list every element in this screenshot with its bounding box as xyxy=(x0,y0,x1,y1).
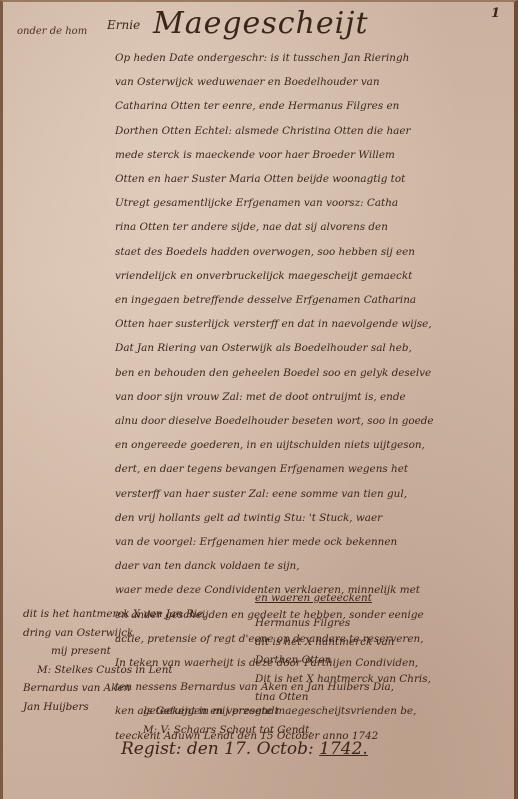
body-line: staet des Boedels hadden overwogen, soo … xyxy=(115,240,515,264)
signatures-right: Hermanus Filgres dit is het X hantmerck … xyxy=(255,614,515,707)
signature-line: dit is het X hantmerck van xyxy=(255,633,515,652)
signature-line: M: Stelkes Custos in Lent xyxy=(23,661,263,680)
signatures-left: dit is het hantmerck X van Jan Rie, drin… xyxy=(23,605,263,716)
body-line: Utregt gesamentlijcke Erfgenamen van voo… xyxy=(115,191,515,215)
body-line: Dorthen Otten Echtel: alsmede Christina … xyxy=(115,119,515,143)
footer-line: geteekent in mij presendt xyxy=(115,702,313,721)
registry-note: Regist: den 17. Octob: 1742. xyxy=(121,739,368,759)
document-title: Maegescheijt xyxy=(153,6,369,41)
body-line: alnu door dieselve Boedelhouder beseten … xyxy=(115,409,515,433)
manuscript-page: onder de hom 1 Ernie Maegescheijt Op hed… xyxy=(0,0,518,799)
signature-line: dit is het hantmerck X van Jan Rie, xyxy=(23,605,263,624)
body-line: en ongereede goederen, in en uijtschulde… xyxy=(115,433,515,457)
margin-note: onder de hom xyxy=(17,26,87,37)
body-line: van de voorgel: Erfgenamen hier mede ock… xyxy=(115,530,515,554)
body-line: Dat Jan Riering van Osterwijk als Boedel… xyxy=(115,336,515,360)
signature-line: Dit is het X hantmerck van Chris, xyxy=(255,670,515,689)
registry-label: Regist: den 17. Octob: xyxy=(121,739,314,759)
page-number: 1 xyxy=(491,6,500,21)
footer-line: M: V: Schaars Schout tot Gendt, xyxy=(115,721,313,740)
body-line: Catharina Otten ter eenre, ende Hermanus… xyxy=(115,94,515,118)
body-line: van door sijn vrouw Zal: met de doot ont… xyxy=(115,385,515,409)
body-line: en ingegaen betreffende desselve Erfgena… xyxy=(115,288,515,312)
title-prefix: Ernie xyxy=(107,18,140,32)
registry-year: 1742. xyxy=(319,739,368,759)
signature-line: mij present xyxy=(23,642,263,661)
body-line: versterff van haer suster Zal: eene somm… xyxy=(115,482,515,506)
body-line: vriendelijck en onverbruckelijck maegesc… xyxy=(115,264,515,288)
signature-line: Dorthen Otten xyxy=(255,651,515,670)
signature-line: Bernardus van Aken xyxy=(23,679,263,698)
body-line: rina Otten ter andere sijde, nae dat sij… xyxy=(115,215,515,239)
body-line: Otten haer susterlijck versterff en dat … xyxy=(115,312,515,336)
body-line: den vrij hollants gelt ad twintig Stu: '… xyxy=(115,506,515,530)
signature-line: dring van Osterwijck xyxy=(23,624,263,643)
body-line: van Osterwijck weduwenaer en Boedelhoude… xyxy=(115,70,515,94)
body-line: mede sterck is maeckende voor haer Broed… xyxy=(115,143,515,167)
body-line: Otten en haer Suster Maria Otten beijde … xyxy=(115,167,515,191)
body-line: Op heden Date ondergeschr: is it tussche… xyxy=(115,46,515,70)
footer-attestation: geteekent in mij presendt M: V: Schaars … xyxy=(115,702,313,739)
body-line: dert, en daer tegens bevangen Erfgenamen… xyxy=(115,457,515,481)
signature-line: Hermanus Filgres xyxy=(255,614,515,633)
body-line: daer van ten danck voldaen te sijn, xyxy=(115,554,515,578)
witness-line: en waeren geteeckent xyxy=(255,592,372,604)
body-line: ben en behouden den geheelen Boedel soo … xyxy=(115,361,515,385)
